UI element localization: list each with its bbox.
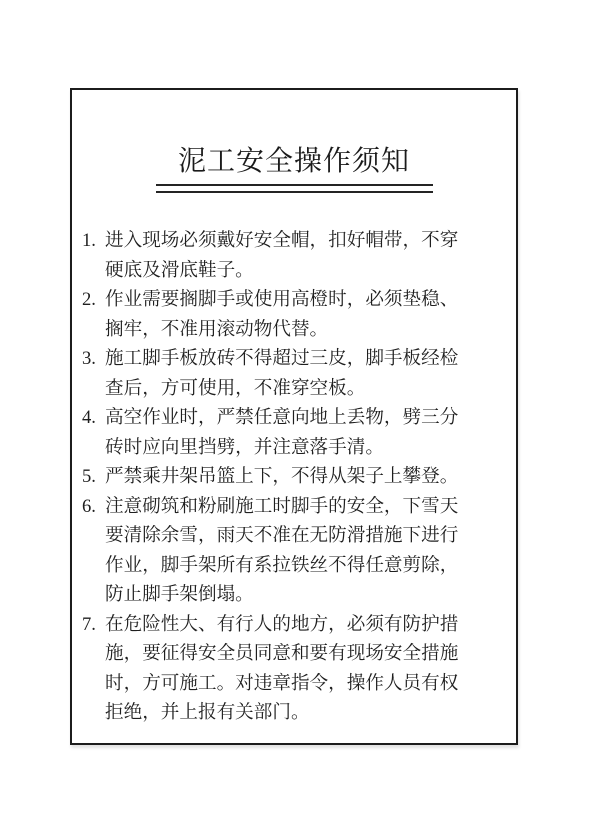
notice-border-frame: 泥工安全操作须知 1.进入现场必须戴好安全帽，扣好帽带，不穿硬底及滑底鞋子。2.… xyxy=(70,88,518,745)
list-item: 6.注意砌筑和粉刷施工时脚手的安全，下雪天要清除余雪，雨天不准在无防滑措施下进行… xyxy=(82,492,506,610)
notice-line-text: 注意砌筑和粉刷施工时脚手的安全，下雪天 xyxy=(105,496,458,517)
notice-line: 7.在危险性大、有行人的地方，必须有防护措 xyxy=(82,610,506,640)
notice-line-text: 作业需要搁脚手或使用高橙时，必须垫稳、 xyxy=(105,289,458,310)
notice-line-text: 在危险性大、有行人的地方，必须有防护措 xyxy=(105,614,458,635)
list-item: 2.作业需要搁脚手或使用高橙时，必须垫稳、搁牢，不准用滚动物代替。 xyxy=(82,285,506,344)
list-item: 3.施工脚手板放砖不得超过三皮，脚手板经检查后，方可使用，不准穿空板。 xyxy=(82,344,506,403)
notice-line: 查后，方可使用，不准穿空板。 xyxy=(82,374,506,404)
notice-line-text: 查后，方可使用，不准穿空板。 xyxy=(105,378,365,399)
notice-list: 1.进入现场必须戴好安全帽，扣好帽带，不穿硬底及滑底鞋子。2.作业需要搁脚手或使… xyxy=(72,226,516,728)
notice-line-text: 防止脚手架倒塌。 xyxy=(105,584,254,605)
notice-line-text: 严禁乘井架吊篮上下，不得从架子上攀登。 xyxy=(105,466,458,487)
notice-line: 防止脚手架倒塌。 xyxy=(82,580,506,610)
notice-line: 拒绝，并上报有关部门。 xyxy=(82,698,506,728)
notice-line-text: 时，方可施工。对违章指令，操作人员有权 xyxy=(105,673,458,694)
notice-line-text: 作业，脚手架所有系拉铁丝不得任意剪除， xyxy=(105,555,458,576)
notice-line: 5.严禁乘井架吊篮上下，不得从架子上攀登。 xyxy=(82,462,506,492)
item-number: 4. xyxy=(82,403,105,433)
notice-line: 3.施工脚手板放砖不得超过三皮，脚手板经检 xyxy=(82,344,506,374)
item-number: 3. xyxy=(82,344,105,374)
notice-line: 1.进入现场必须戴好安全帽，扣好帽带，不穿 xyxy=(82,226,506,256)
notice-line: 砖时应向里挡劈，并注意落手清。 xyxy=(82,433,506,463)
list-item: 5.严禁乘井架吊篮上下，不得从架子上攀登。 xyxy=(82,462,506,492)
notice-line-text: 高空作业时，严禁任意向地上丢物，劈三分 xyxy=(105,407,458,428)
list-item: 4.高空作业时，严禁任意向地上丢物，劈三分砖时应向里挡劈，并注意落手清。 xyxy=(82,403,506,462)
item-number: 6. xyxy=(82,492,105,522)
notice-line-text: 施工脚手板放砖不得超过三皮，脚手板经检 xyxy=(105,348,458,369)
notice-line-text: 拒绝，并上报有关部门。 xyxy=(105,702,310,723)
item-number: 7. xyxy=(82,610,105,640)
notice-line: 2.作业需要搁脚手或使用高橙时，必须垫稳、 xyxy=(82,285,506,315)
notice-line: 搁牢，不准用滚动物代替。 xyxy=(82,315,506,345)
notice-line-text: 砖时应向里挡劈，并注意落手清。 xyxy=(105,437,384,458)
notice-line: 硬底及滑底鞋子。 xyxy=(82,256,506,286)
notice-line: 6.注意砌筑和粉刷施工时脚手的安全，下雪天 xyxy=(82,492,506,522)
item-number: 2. xyxy=(82,285,105,315)
item-number: 1. xyxy=(82,226,105,256)
list-item: 7.在危险性大、有行人的地方，必须有防护措施，要征得安全员同意和要有现场安全措施… xyxy=(82,610,506,728)
notice-line: 作业，脚手架所有系拉铁丝不得任意剪除， xyxy=(82,551,506,581)
notice-line-text: 硬底及滑底鞋子。 xyxy=(105,260,254,281)
item-number: 5. xyxy=(82,462,105,492)
notice-title: 泥工安全操作须知 xyxy=(72,145,516,179)
list-item: 1.进入现场必须戴好安全帽，扣好帽带，不穿硬底及滑底鞋子。 xyxy=(82,226,506,285)
notice-line-text: 要清除余雪，雨天不准在无防滑措施下进行 xyxy=(105,525,458,546)
notice-line: 4.高空作业时，严禁任意向地上丢物，劈三分 xyxy=(82,403,506,433)
notice-line-text: 施，要征得安全员同意和要有现场安全措施 xyxy=(105,643,458,664)
notice-line: 时，方可施工。对违章指令，操作人员有权 xyxy=(82,669,506,699)
notice-line-text: 进入现场必须戴好安全帽，扣好帽带，不穿 xyxy=(105,230,458,251)
notice-line-text: 搁牢，不准用滚动物代替。 xyxy=(105,319,328,340)
title-double-underline xyxy=(156,184,433,193)
notice-line: 要清除余雪，雨天不准在无防滑措施下进行 xyxy=(82,521,506,551)
notice-line: 施，要征得安全员同意和要有现场安全措施 xyxy=(82,639,506,669)
document-page: 泥工安全操作须知 1.进入现场必须戴好安全帽，扣好帽带，不穿硬底及滑底鞋子。2.… xyxy=(0,0,590,835)
